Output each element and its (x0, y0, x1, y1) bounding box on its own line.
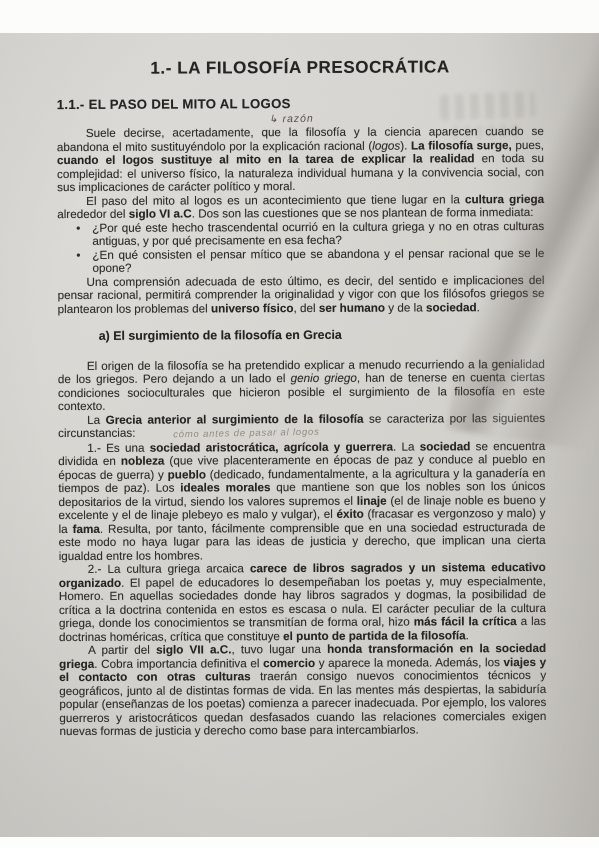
paragraph-comprension: Una comprensión adecuada de esto último,… (57, 273, 544, 316)
bullet-question-1: •¿Por qué este hecho trascendental ocurr… (57, 219, 544, 248)
paragraph-siglo-vii: A partir del siglo VII a.C., tuvo lugar … (59, 642, 546, 739)
photo-border-top (0, 0, 599, 33)
page-content: 1.- LA FILOSOFÍA PRESOCRÁTICA 1.1.- EL P… (57, 56, 547, 739)
paragraph-paso-del-mito: El paso del mito al logos es un aconteci… (57, 192, 544, 221)
bullet-question-2: •¿En qué consisten el pensar mítico que … (57, 246, 544, 275)
bullet-glyph: • (57, 221, 92, 248)
bullet-text: ¿Por qué este hecho trascendental ocurri… (92, 219, 544, 248)
document-body: Suele decirse, acertadamente, que la fil… (57, 125, 547, 739)
page-title: 1.- LA FILOSOFÍA PRESOCRÁTICA (57, 56, 544, 80)
paragraph-origen: El origen de la filosofía se ha pretendi… (58, 357, 545, 413)
scanned-page: 1.- LA FILOSOFÍA PRESOCRÁTICA 1.1.- EL P… (0, 33, 599, 837)
photo-frame: 1.- LA FILOSOFÍA PRESOCRÁTICA 1.1.- EL P… (0, 0, 599, 848)
photo-border-bottom (0, 837, 599, 848)
bullet-text: ¿En qué consisten el pensar mítico que s… (92, 246, 544, 275)
paragraph-intro: Suele decirse, acertadamente, que la fil… (57, 125, 544, 195)
paragraph-1-sociedad-aristocratica: 1.- Es una sociedad aristocrática, agríc… (58, 439, 546, 563)
paragraph-grecia-anterior: La Grecia anterior al surgimiento de la … (58, 411, 545, 441)
bullet-glyph: • (57, 248, 92, 275)
paragraph-2-cultura-arcaica: 2.- La cultura griega arcaica carece de … (59, 561, 546, 644)
subheading-a-surgimiento: a) El surgimiento de la filosofía en Gre… (99, 328, 545, 343)
